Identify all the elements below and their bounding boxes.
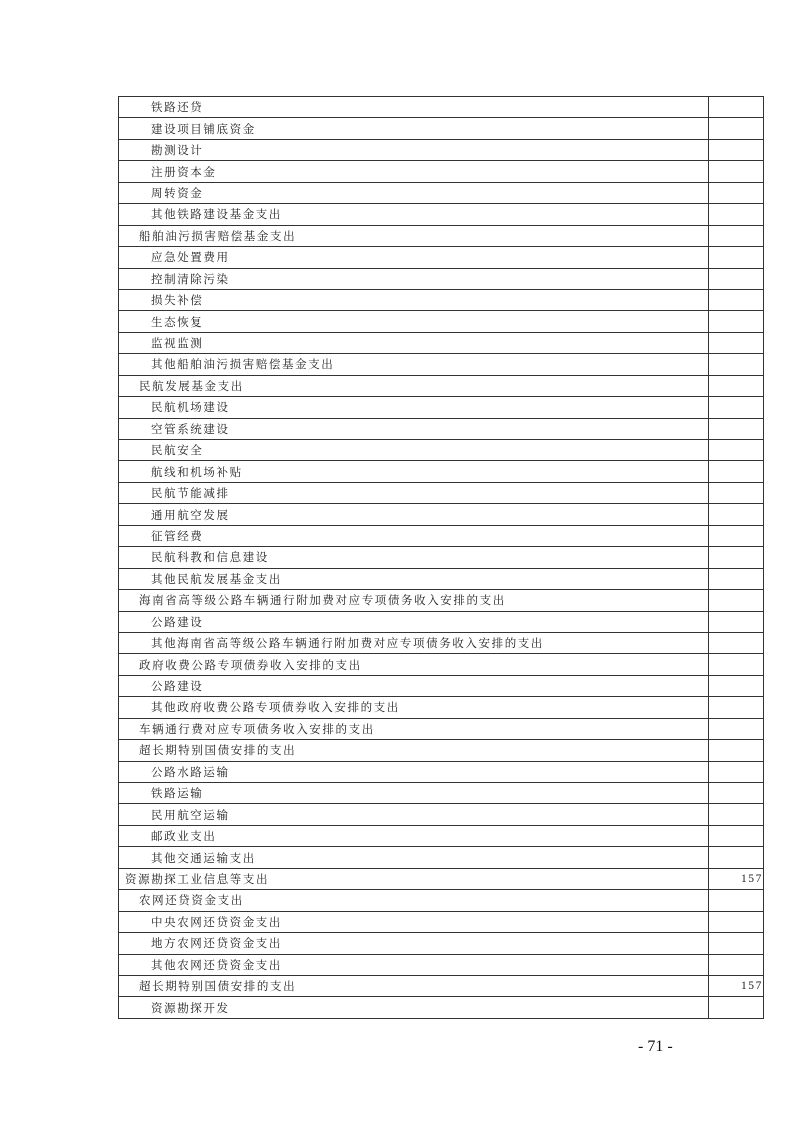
row-label: 民航科教和信息建设: [119, 547, 709, 568]
table-row: 注册资本金: [119, 161, 764, 182]
row-value: [709, 97, 764, 118]
row-value: [709, 740, 764, 761]
row-value: [709, 654, 764, 675]
table-row: 其他政府收费公路专项债券收入安排的支出: [119, 697, 764, 718]
table-row: 超长期特别国债安排的支出: [119, 740, 764, 761]
table-row: 损失补偿: [119, 289, 764, 310]
row-value: [709, 440, 764, 461]
table-row: 民用航空运输: [119, 804, 764, 825]
row-label: 建设项目铺底资金: [119, 118, 709, 139]
row-label: 周转资金: [119, 182, 709, 203]
table-row: 监视监测: [119, 332, 764, 353]
table-row: 资源勘探工业信息等支出157: [119, 868, 764, 889]
table-row: 邮政业支出: [119, 825, 764, 846]
row-value: [709, 118, 764, 139]
table-row: 航线和机场补贴: [119, 461, 764, 482]
row-label: 农网还贷资金支出: [119, 890, 709, 911]
row-value: [709, 139, 764, 160]
table-row: 民航节能减排: [119, 482, 764, 503]
row-value: [709, 825, 764, 846]
row-label: 空管系统建设: [119, 418, 709, 439]
table-row: 铁路运输: [119, 783, 764, 804]
row-label: 其他海南省高等级公路车辆通行附加费对应专项债务收入安排的支出: [119, 632, 709, 653]
row-value: [709, 418, 764, 439]
row-value: [709, 933, 764, 954]
table-row: 应急处置费用: [119, 247, 764, 268]
page-number: - 71 -: [638, 1038, 673, 1056]
document-page: 铁路还贷建设项目铺底资金勘测设计注册资本金周转资金其他铁路建设基金支出船舶油污损…: [0, 0, 793, 1122]
table-row: 民航机场建设: [119, 397, 764, 418]
row-value: [709, 911, 764, 932]
row-label: 地方农网还贷资金支出: [119, 933, 709, 954]
row-label: 注册资本金: [119, 161, 709, 182]
row-label: 其他政府收费公路专项债券收入安排的支出: [119, 697, 709, 718]
row-label: 生态恢复: [119, 311, 709, 332]
row-value: [709, 268, 764, 289]
row-value: [709, 890, 764, 911]
table-row: 超长期特别国债安排的支出157: [119, 975, 764, 996]
row-label: 超长期特别国债安排的支出: [119, 740, 709, 761]
row-value: [709, 761, 764, 782]
row-label: 公路建设: [119, 675, 709, 696]
table-row: 生态恢复: [119, 311, 764, 332]
table-row: 勘测设计: [119, 139, 764, 160]
row-label: 民航节能减排: [119, 482, 709, 503]
row-label: 公路水路运输: [119, 761, 709, 782]
row-label: 勘测设计: [119, 139, 709, 160]
table-row: 政府收费公路专项债券收入安排的支出: [119, 654, 764, 675]
row-label: 通用航空发展: [119, 504, 709, 525]
row-value: [709, 225, 764, 246]
table-row: 其他海南省高等级公路车辆通行附加费对应专项债务收入安排的支出: [119, 632, 764, 653]
row-value: [709, 611, 764, 632]
row-label: 损失补偿: [119, 289, 709, 310]
table-row: 公路建设: [119, 611, 764, 632]
table-row: 车辆通行费对应专项债务收入安排的支出: [119, 718, 764, 739]
row-value: [709, 847, 764, 868]
row-value: [709, 590, 764, 611]
row-label: 民用航空运输: [119, 804, 709, 825]
row-value: [709, 675, 764, 696]
table-row: 其他民航发展基金支出: [119, 568, 764, 589]
table-row: 资源勘探开发: [119, 997, 764, 1018]
row-label: 其他交通运输支出: [119, 847, 709, 868]
table-row: 其他船舶油污损害赔偿基金支出: [119, 354, 764, 375]
table-row: 公路水路运输: [119, 761, 764, 782]
table-row: 中央农网还贷资金支出: [119, 911, 764, 932]
table-row: 民航发展基金支出: [119, 375, 764, 396]
row-label: 民航安全: [119, 440, 709, 461]
table-row: 其他铁路建设基金支出: [119, 204, 764, 225]
row-label: 民航发展基金支出: [119, 375, 709, 396]
row-value: [709, 804, 764, 825]
budget-expenditure-table: 铁路还贷建设项目铺底资金勘测设计注册资本金周转资金其他铁路建设基金支出船舶油污损…: [118, 96, 764, 1019]
row-label: 其他铁路建设基金支出: [119, 204, 709, 225]
row-value: [709, 332, 764, 353]
row-label: 铁路还贷: [119, 97, 709, 118]
table-row: 建设项目铺底资金: [119, 118, 764, 139]
row-label: 征管经费: [119, 525, 709, 546]
row-value: [709, 632, 764, 653]
row-value: 157: [709, 868, 764, 889]
row-value: [709, 354, 764, 375]
row-label: 邮政业支出: [119, 825, 709, 846]
row-label: 公路建设: [119, 611, 709, 632]
row-label: 监视监测: [119, 332, 709, 353]
row-label: 船舶油污损害赔偿基金支出: [119, 225, 709, 246]
row-value: [709, 311, 764, 332]
table-row: 其他农网还贷资金支出: [119, 954, 764, 975]
row-value: [709, 568, 764, 589]
table-row: 通用航空发展: [119, 504, 764, 525]
row-value: [709, 482, 764, 503]
table-row: 民航安全: [119, 440, 764, 461]
table-row: 空管系统建设: [119, 418, 764, 439]
row-value: [709, 182, 764, 203]
row-value: [709, 247, 764, 268]
row-label: 控制清除污染: [119, 268, 709, 289]
row-value: [709, 718, 764, 739]
table-row: 民航科教和信息建设: [119, 547, 764, 568]
row-label: 资源勘探开发: [119, 997, 709, 1018]
table-row: 周转资金: [119, 182, 764, 203]
row-label: 铁路运输: [119, 783, 709, 804]
row-label: 中央农网还贷资金支出: [119, 911, 709, 932]
row-value: [709, 161, 764, 182]
row-value: [709, 783, 764, 804]
table-row: 其他交通运输支出: [119, 847, 764, 868]
row-value: [709, 954, 764, 975]
table-row: 海南省高等级公路车辆通行附加费对应专项债务收入安排的支出: [119, 590, 764, 611]
row-value: [709, 375, 764, 396]
row-label: 其他农网还贷资金支出: [119, 954, 709, 975]
table-row: 铁路还贷: [119, 97, 764, 118]
row-value: [709, 289, 764, 310]
row-value: [709, 525, 764, 546]
table-row: 船舶油污损害赔偿基金支出: [119, 225, 764, 246]
row-value: [709, 697, 764, 718]
row-value: [709, 204, 764, 225]
table-row: 地方农网还贷资金支出: [119, 933, 764, 954]
row-value: 157: [709, 975, 764, 996]
table-row: 控制清除污染: [119, 268, 764, 289]
row-value: [709, 397, 764, 418]
row-label: 车辆通行费对应专项债务收入安排的支出: [119, 718, 709, 739]
row-label: 超长期特别国债安排的支出: [119, 975, 709, 996]
row-label: 政府收费公路专项债券收入安排的支出: [119, 654, 709, 675]
row-label: 海南省高等级公路车辆通行附加费对应专项债务收入安排的支出: [119, 590, 709, 611]
row-value: [709, 547, 764, 568]
row-label: 其他民航发展基金支出: [119, 568, 709, 589]
table-row: 农网还贷资金支出: [119, 890, 764, 911]
table-row: 征管经费: [119, 525, 764, 546]
row-value: [709, 504, 764, 525]
row-label: 其他船舶油污损害赔偿基金支出: [119, 354, 709, 375]
table-row: 公路建设: [119, 675, 764, 696]
table-body: 铁路还贷建设项目铺底资金勘测设计注册资本金周转资金其他铁路建设基金支出船舶油污损…: [119, 97, 764, 1019]
row-value: [709, 461, 764, 482]
row-label: 应急处置费用: [119, 247, 709, 268]
row-value: [709, 997, 764, 1018]
row-label: 民航机场建设: [119, 397, 709, 418]
row-label: 资源勘探工业信息等支出: [119, 868, 709, 889]
row-label: 航线和机场补贴: [119, 461, 709, 482]
